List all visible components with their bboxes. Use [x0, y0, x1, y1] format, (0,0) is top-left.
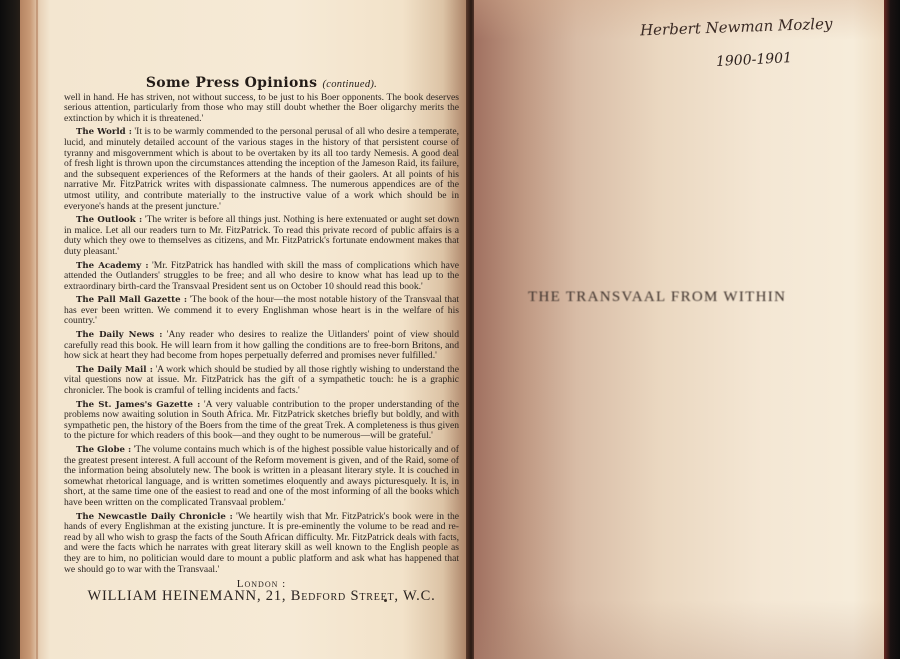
review-paragraph: The Outlook : 'The writer is before all … — [64, 215, 459, 257]
review-text: 'It is to be warmly commended to the per… — [64, 126, 459, 211]
page-edge-line — [36, 0, 38, 659]
heading-suffix: (continued). — [322, 79, 377, 90]
press-opinions-block: Some Press Opinions (continued). well in… — [64, 78, 459, 601]
review-source: The Newcastle Daily Chronicle : — [76, 512, 233, 522]
review-source: The Daily News : — [76, 330, 162, 340]
press-opinions-heading: Some Press Opinions (continued). — [64, 78, 459, 91]
review-paragraph: The Pall Mall Gazette : 'The book of the… — [64, 295, 459, 327]
continuation-paragraph: well in hand. He has striven, not withou… — [64, 93, 459, 125]
book-cover-left-edge — [0, 0, 22, 659]
review-source: The St. James's Gazette : — [76, 400, 200, 410]
review-source: The Globe : — [76, 445, 131, 455]
heading-text: Some Press Opinions — [146, 75, 317, 91]
half-title: THE TRANSVAAL FROM WITHIN — [528, 289, 786, 306]
printer-mark — [384, 599, 387, 602]
review-source: The Daily Mail : — [76, 365, 153, 375]
half-title-text: THE TRANSVAAL FROM WITHIN — [528, 289, 786, 305]
review-source: The World : — [76, 127, 132, 137]
review-paragraph: The Academy : 'Mr. FitzPatrick has handl… — [64, 261, 459, 293]
review-paragraph: The St. James's Gazette : 'A very valuab… — [64, 400, 459, 442]
right-page — [474, 0, 886, 659]
imprint-address: Bedford Street, W.C. — [291, 588, 436, 604]
publisher-imprint: London : WILLIAM HEINEMANN, 21, Bedford … — [64, 579, 459, 601]
review-paragraph: The Newcastle Daily Chronicle : 'We hear… — [64, 512, 459, 576]
review-source: The Pall Mall Gazette : — [76, 295, 187, 305]
review-source: The Outlook : — [76, 215, 142, 225]
review-paragraph: The World : 'It is to be warmly commende… — [64, 127, 459, 212]
imprint-publisher: WILLIAM HEINEMANN, 21, — [88, 588, 287, 604]
imprint-publisher-line: WILLIAM HEINEMANN, 21, Bedford Street, W… — [64, 591, 459, 602]
review-paragraph: The Daily News : 'Any reader who desires… — [64, 330, 459, 362]
review-paragraph: The Daily Mail : 'A work which should be… — [64, 365, 459, 397]
book-cover-right-edge — [884, 0, 900, 659]
review-source: The Academy : — [76, 261, 149, 271]
review-paragraph: The Globe : 'The volume contains much wh… — [64, 445, 459, 509]
